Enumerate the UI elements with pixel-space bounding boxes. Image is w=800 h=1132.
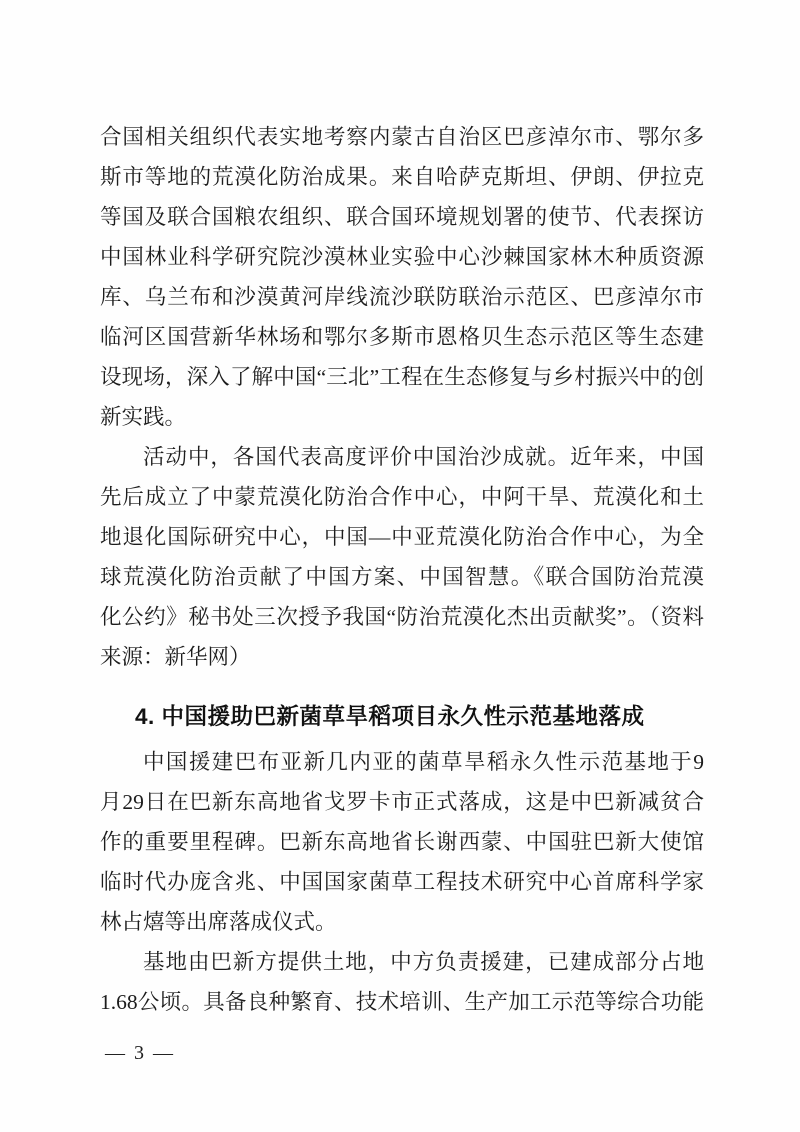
text-line: 合国相关组织代表实地考察内蒙古自治区巴彦淖尔市、鄂尔多 bbox=[100, 117, 704, 157]
paragraph: 合国相关组织代表实地考察内蒙古自治区巴彦淖尔市、鄂尔多斯市等地的荒漠化防治成果。… bbox=[100, 117, 704, 437]
text-line: 等国及联合国粮农组织、联合国环境规划署的使节、代表探访 bbox=[100, 197, 704, 237]
text-line: 设现场，深入了解中国“三北”工程在生态修复与乡村振兴中的创 bbox=[100, 357, 704, 397]
section-heading: 4. 中国援助巴新菌草旱稻项目永久性示范基地落成 bbox=[100, 697, 704, 737]
text-line: 中国林业科学研究院沙漠林业实验中心沙棘国家林木种质资源 bbox=[100, 237, 704, 277]
text-line: 球荒漠化防治贡献了中国方案、中国智慧。《联合国防治荒漠 bbox=[100, 557, 704, 597]
text-line: 斯市等地的荒漠化防治成果。来自哈萨克斯坦、伊朗、伊拉克 bbox=[100, 157, 704, 197]
text-line: 1.68公顷。具备良种繁育、技术培训、生产加工示范等综合功能 bbox=[100, 982, 704, 1022]
heading-line: 4. 中国援助巴新菌草旱稻项目永久性示范基地落成 bbox=[100, 697, 704, 737]
text-line: 活动中，各国代表高度评价中国治沙成就。近年来，中国 bbox=[100, 437, 704, 477]
text-line: 月29日在巴新东高地省戈罗卡市正式落成，这是中巴新减贫合 bbox=[100, 782, 704, 822]
paragraph: 中国援建巴布亚新几内亚的菌草旱稻永久性示范基地于9月29日在巴新东高地省戈罗卡市… bbox=[100, 742, 704, 942]
text-line: 作的重要里程碑。巴新东高地省长谢西蒙、中国驻巴新大使馆 bbox=[100, 822, 704, 862]
text-line: 新实践。 bbox=[100, 397, 704, 437]
text-line: 临河区国营新华林场和鄂尔多斯市恩格贝生态示范区等生态建 bbox=[100, 317, 704, 357]
paragraph: 基地由巴新方提供土地，中方负责援建，已建成部分占地1.68公顷。具备良种繁育、技… bbox=[100, 942, 704, 1022]
document-page: 合国相关组织代表实地考察内蒙古自治区巴彦淖尔市、鄂尔多斯市等地的荒漠化防治成果。… bbox=[0, 0, 800, 1132]
text-line: 库、乌兰布和沙漠黄河岸线流沙联防联治示范区、巴彦淖尔市 bbox=[100, 277, 704, 317]
text-line: 林占熺等出席落成仪式。 bbox=[100, 902, 704, 942]
text-line: 基地由巴新方提供土地，中方负责援建，已建成部分占地 bbox=[100, 942, 704, 982]
page-footer: — 3 — bbox=[105, 1040, 175, 1066]
document-body: 合国相关组织代表实地考察内蒙古自治区巴彦淖尔市、鄂尔多斯市等地的荒漠化防治成果。… bbox=[100, 117, 704, 1022]
text-line: 来源：新华网） bbox=[100, 637, 704, 677]
paragraph: 活动中，各国代表高度评价中国治沙成就。近年来，中国先后成立了中蒙荒漠化防治合作中… bbox=[100, 437, 704, 677]
text-line: 先后成立了中蒙荒漠化防治合作中心，中阿干旱、荒漠化和土 bbox=[100, 477, 704, 517]
text-line: 中国援建巴布亚新几内亚的菌草旱稻永久性示范基地于9 bbox=[100, 742, 704, 782]
text-line: 化公约》秘书处三次授予我国“防治荒漠化杰出贡献奖”。（资料 bbox=[100, 597, 704, 637]
text-line: 临时代办庞含兆、中国国家菌草工程技术研究中心首席科学家 bbox=[100, 862, 704, 902]
text-line: 地退化国际研究中心，中国—中亚荒漠化防治合作中心，为全 bbox=[100, 517, 704, 557]
page-number: — 3 — bbox=[105, 1042, 175, 1064]
